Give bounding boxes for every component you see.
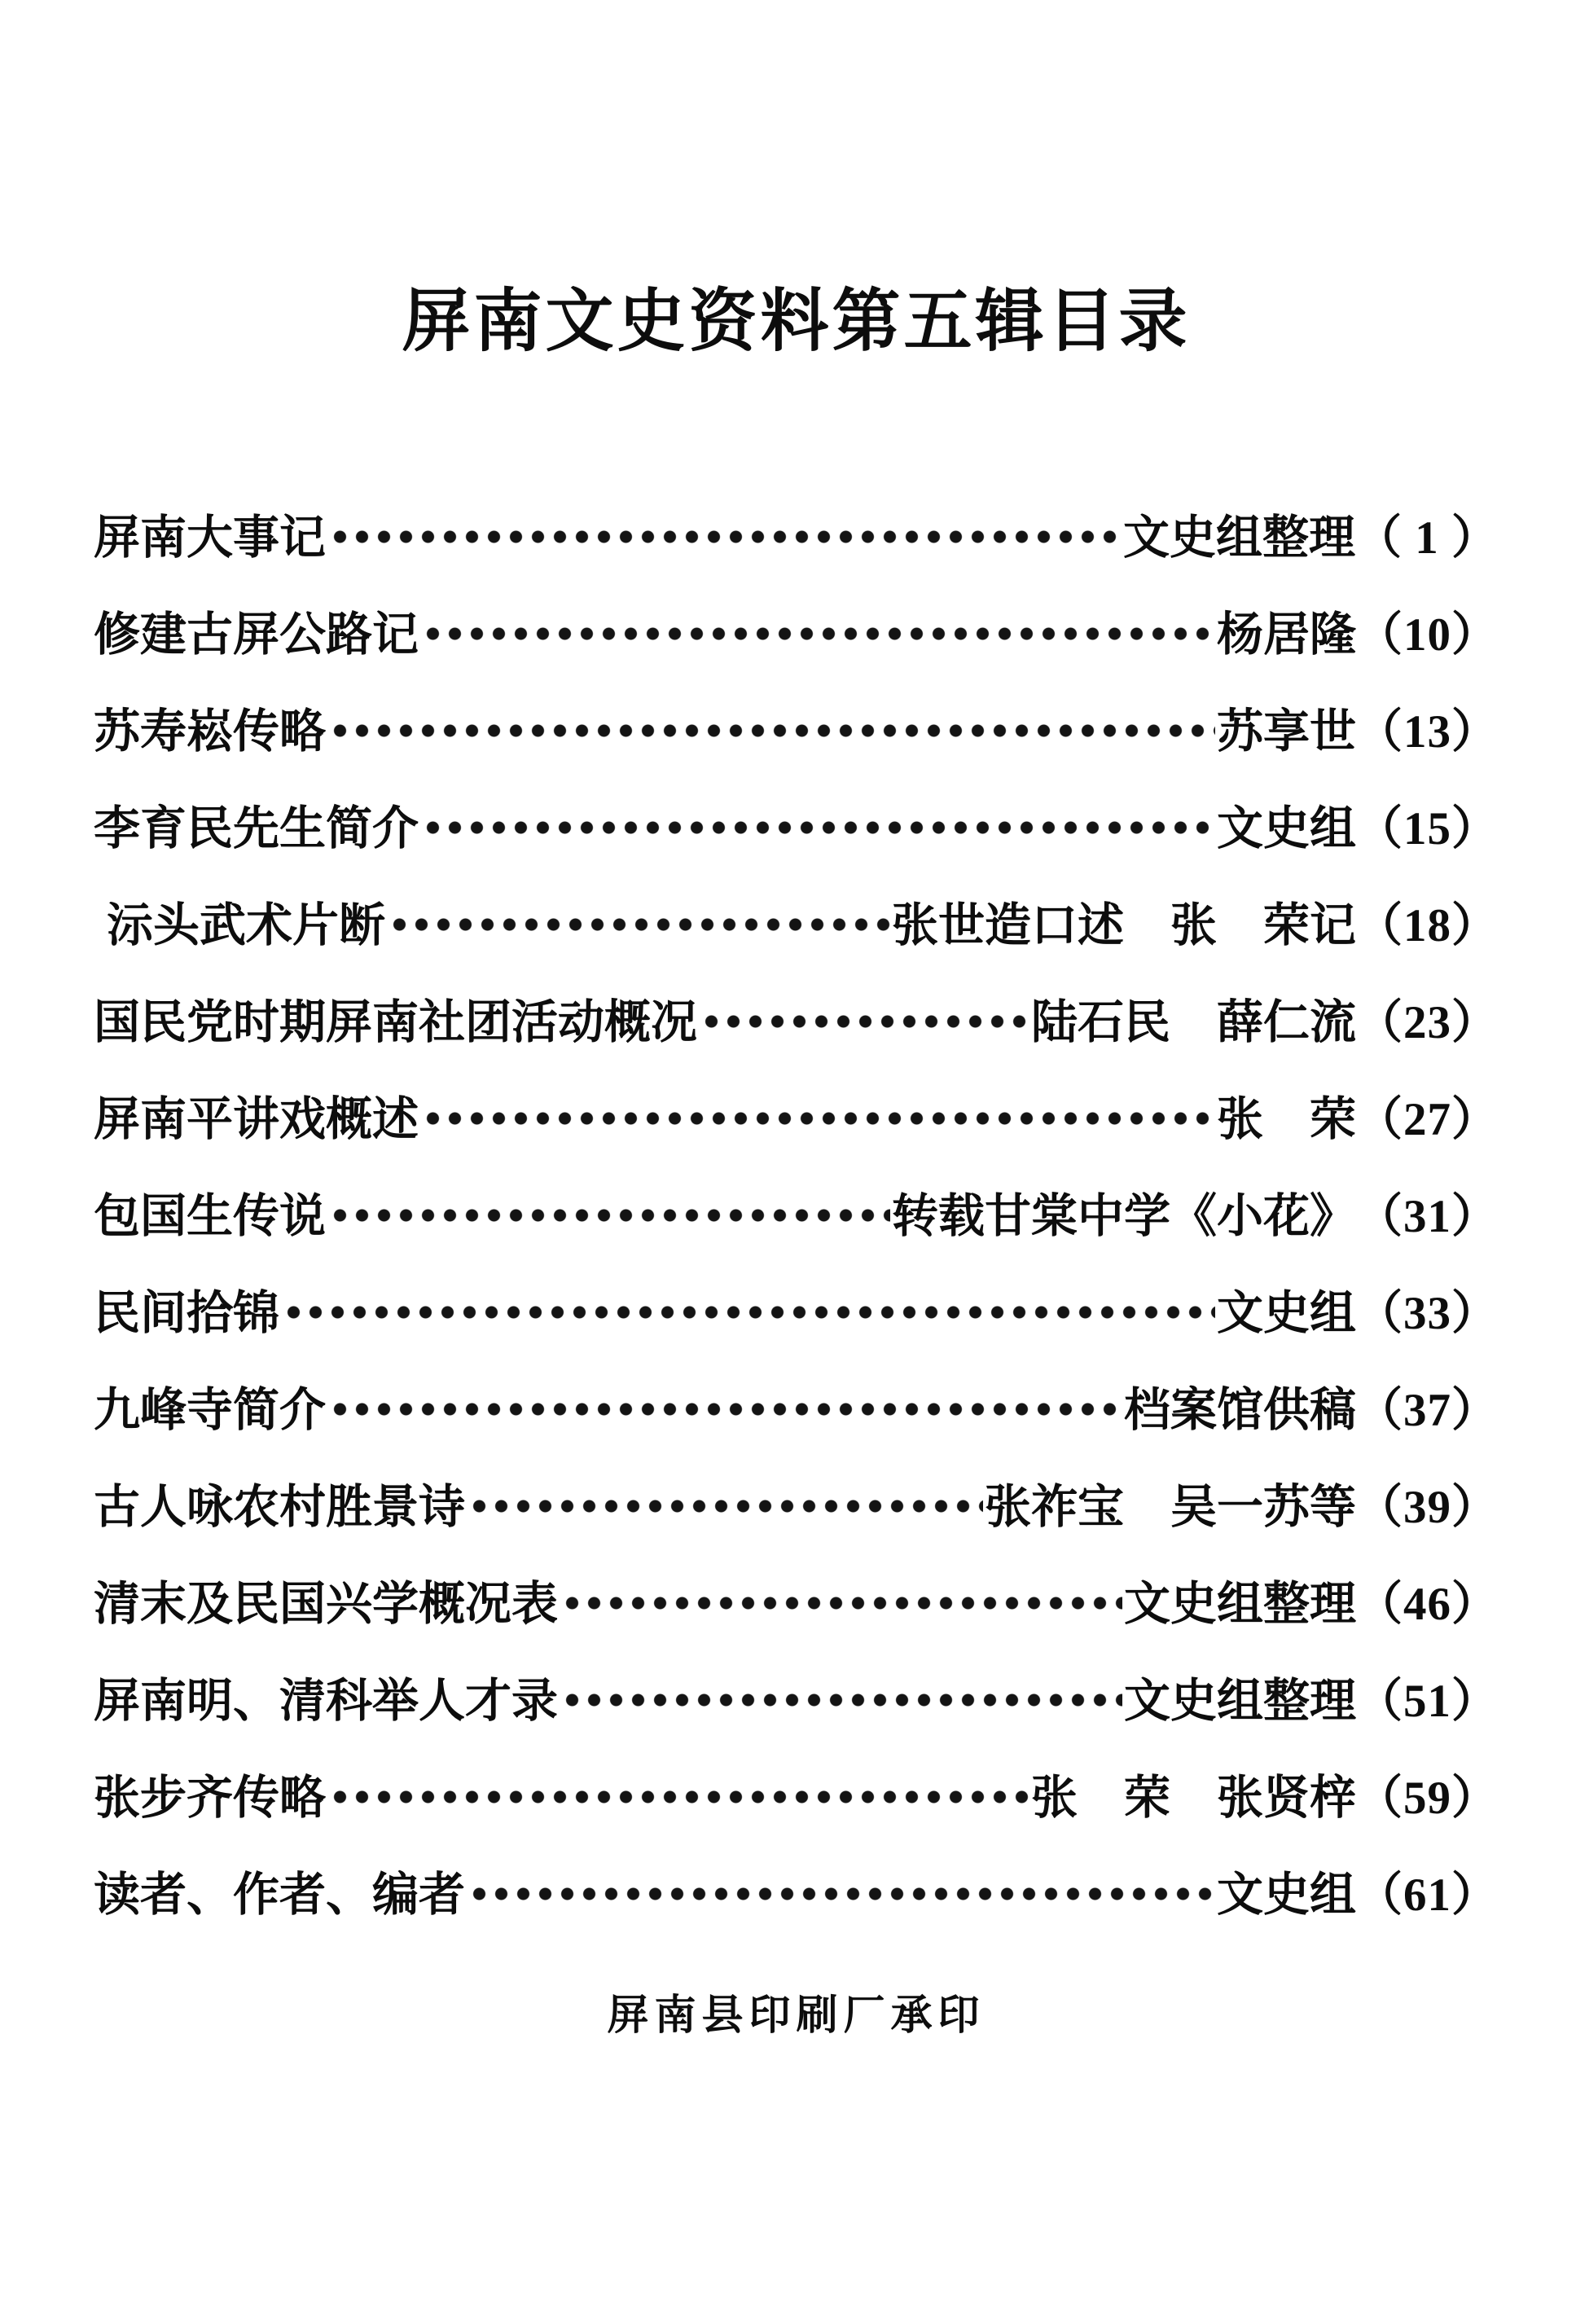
toc-entry-title: 李育民先生简介 <box>94 791 419 858</box>
toc-entry-title: 古人咏农村胜景诗 <box>94 1470 465 1536</box>
dot-leader <box>329 1191 890 1240</box>
toc-entry-title: 清末及民国兴学概况表 <box>94 1566 558 1633</box>
printer-imprint: 屏南县印刷厂承印 <box>94 1981 1499 2041</box>
toc-entry: 屏南大事记 文史组整理 （ 1 ） <box>94 485 1499 582</box>
toc-entry-page: （46） <box>1356 1566 1499 1633</box>
toc-entry-author: 档案馆供稿 <box>1124 1373 1356 1439</box>
toc-entry-page: （51） <box>1356 1663 1499 1730</box>
toc-entry-title: 读者、作者、编者 <box>94 1857 465 1924</box>
toc-entry-author: 文史组整理 <box>1124 1663 1356 1730</box>
toc-entry: 屏南平讲戏概述 张 荣 （27） <box>94 1066 1499 1163</box>
toc-entry: 民间拾锦 文史组 （33） <box>94 1260 1499 1357</box>
toc-entry: 修建古屏公路记 杨居隆 （10） <box>94 582 1499 679</box>
toc-entry: 苏寿崧传略 苏享世 （13） <box>94 679 1499 775</box>
toc-entry-page: （33） <box>1356 1276 1499 1342</box>
toc-entry-page: （39） <box>1356 1470 1499 1536</box>
toc-entry: 张步齐传略 张 荣 张贤梓 （59） <box>94 1745 1499 1842</box>
dot-leader <box>468 1482 983 1531</box>
toc-entry-title: 屏南大事记 <box>94 500 326 567</box>
toc-entry-author: 文史组 <box>1217 1276 1356 1342</box>
toc-entry-author: 苏享世 <box>1217 694 1356 761</box>
toc-entry-page: （27） <box>1356 1082 1499 1149</box>
toc-entry-title: 修建古屏公路记 <box>94 597 419 664</box>
dot-leader <box>561 1579 1122 1628</box>
toc-entry: 包国生传说 转载甘棠中学《小花》 （31） <box>94 1163 1499 1260</box>
toc-entry: 沶头武术片断 张世造口述 张 荣记 （18） <box>94 872 1499 969</box>
page-title: 屏南文史资料第五辑目录 <box>94 282 1499 364</box>
toc-entry-author: 张祚宝 吴一苏等 <box>985 1470 1356 1536</box>
toc-entry-title: 民间拾锦 <box>94 1276 279 1342</box>
toc-entry: 清末及民国兴学概况表 文史组整理 （46） <box>94 1551 1499 1648</box>
toc-entry-page: （61） <box>1356 1857 1499 1924</box>
toc-entry-author: 张世造口述 张 荣记 <box>892 888 1356 955</box>
toc-entry-page: （23） <box>1356 985 1499 1052</box>
table-of-contents: 屏南大事记 文史组整理 （ 1 ） 修建古屏公路记 杨居隆 （10） 苏寿崧传略… <box>94 485 1499 1939</box>
toc-entry-author: 文史组 <box>1217 1857 1356 1924</box>
toc-entry-title: 张步齐传略 <box>94 1760 326 1827</box>
toc-entry-page: （18） <box>1356 888 1499 955</box>
dot-leader <box>561 1676 1122 1724</box>
toc-entry-author: 文史组 <box>1217 791 1356 858</box>
toc-entry-page: （15） <box>1356 791 1499 858</box>
dot-leader <box>422 609 1215 658</box>
toc-entry-author: 文史组整理 <box>1123 500 1355 567</box>
toc-entry-page: （37） <box>1356 1373 1499 1439</box>
toc-entry-author: 张 荣 <box>1217 1082 1356 1149</box>
toc-entry-title: 苏寿崧传略 <box>94 694 326 761</box>
toc-entry-author: 文史组整理 <box>1124 1566 1356 1633</box>
toc-entry: 古人咏农村胜景诗 张祚宝 吴一苏等 （39） <box>94 1454 1499 1551</box>
toc-entry-page: （31） <box>1356 1179 1499 1245</box>
toc-entry-author: 转载甘棠中学《小花》 <box>892 1179 1356 1245</box>
toc-entry-page: （59） <box>1356 1760 1499 1827</box>
toc-entry: 九峰寺简介 档案馆供稿 （37） <box>94 1357 1499 1454</box>
dot-leader <box>283 1288 1215 1337</box>
toc-entry-page: （ 1 ） <box>1355 500 1499 567</box>
toc-entry-title: 包国生传说 <box>94 1179 326 1245</box>
toc-entry-title: 国民党时期屏南社团活动概况 <box>94 985 697 1052</box>
dot-leader <box>329 706 1215 755</box>
toc-entry-page: （13） <box>1356 694 1499 761</box>
toc-entry-author: 陆石民 薛仁流 <box>1031 985 1356 1052</box>
toc-entry-author: 杨居隆 <box>1217 597 1356 664</box>
dot-leader <box>329 1773 1029 1821</box>
toc-entry: 读者、作者、编者 文史组 （61） <box>94 1842 1499 1939</box>
toc-entry-title: 九峰寺简介 <box>94 1373 326 1439</box>
toc-entry: 国民党时期屏南社团活动概况 陆石民 薛仁流 （23） <box>94 969 1499 1066</box>
dot-leader <box>329 512 1122 561</box>
toc-entry-title: 屏南明、清科举人才录 <box>94 1663 558 1730</box>
dot-leader <box>422 803 1215 852</box>
toc-entry: 李育民先生简介 文史组 （15） <box>94 775 1499 872</box>
toc-entry-title: 沶头武术片断 <box>107 888 385 955</box>
toc-entry-page: （10） <box>1356 597 1499 664</box>
dot-leader <box>329 1385 1122 1434</box>
dot-leader <box>468 1869 1215 1918</box>
toc-entry-title: 屏南平讲戏概述 <box>94 1082 419 1149</box>
dot-leader <box>700 997 1029 1046</box>
scanned-document-page: 屏南文史资料第五辑目录 屏南大事记 文史组整理 （ 1 ） 修建古屏公路记 杨居… <box>0 0 1576 2324</box>
dot-leader <box>422 1094 1215 1143</box>
toc-entry-author: 张 荣 张贤梓 <box>1031 1760 1356 1827</box>
dot-leader <box>389 900 890 949</box>
toc-entry: 屏南明、清科举人才录 文史组整理 （51） <box>94 1648 1499 1745</box>
